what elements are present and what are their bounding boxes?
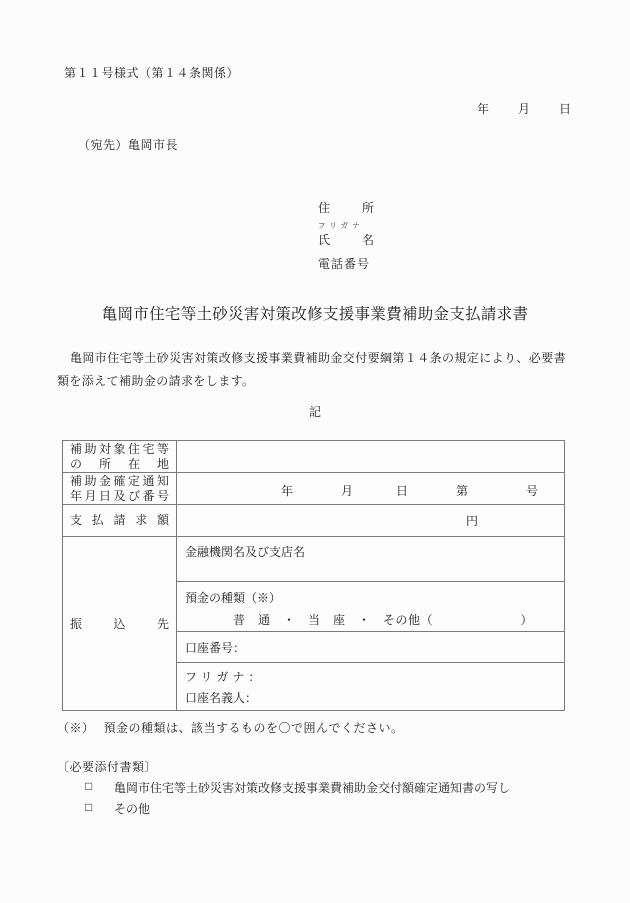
- note-asterisk-prefix: （※）: [57, 721, 95, 735]
- applicant-name-label: 氏名: [318, 231, 374, 248]
- date-line: 年 月 日: [477, 100, 571, 117]
- furigana-label: フリガナ: [318, 220, 364, 231]
- row-property-location-value: [176, 441, 565, 472]
- account-holder-label: 口座名義人：: [185, 688, 557, 709]
- document-title: 亀岡市住宅等土砂災害対策改修支援事業費補助金支払請求書: [0, 302, 630, 324]
- row-property-location-label: 補助対象住宅等 の所在地: [63, 441, 176, 472]
- request-details-table: 補助対象住宅等 の所在地 補助金確定通知 年月日及び番号 年 月 日 第 号 支…: [62, 440, 565, 711]
- deposit-type-label: 預金の種類（※）: [185, 587, 557, 609]
- account-holder-row: フリガナ： 口座名義人：: [176, 662, 565, 710]
- row-grant-notice-value: 年 月 日 第 号: [176, 472, 565, 504]
- attachment-item-label: 亀岡市住宅等土砂災害対策改修支援事業費補助金交付額確定通知書の写し: [114, 779, 510, 796]
- date-year-label: 年: [477, 100, 489, 117]
- applicant-address-label: 住所: [318, 199, 374, 216]
- notice-number-prefix-label: 第: [456, 482, 468, 499]
- notice-month-label: 月: [341, 482, 353, 499]
- row-grant-notice-label: 補助金確定通知 年月日及び番号: [63, 472, 176, 504]
- row-payment-amount-value: 円: [176, 504, 565, 536]
- row-payment-amount-label: 支払請求額: [63, 504, 176, 536]
- attachment-item-other: □ その他: [85, 800, 150, 817]
- date-month-label: 月: [518, 100, 530, 117]
- deposit-type-options: 普 通 ・ 当 座 ・ その他（ ）: [185, 609, 557, 631]
- bank-name-row: 金融機関名及び支店名: [176, 536, 565, 581]
- notice-number-suffix-label: 号: [526, 482, 538, 499]
- attachments-heading: 〔必要添付書類〕: [57, 758, 157, 775]
- form-number: 第１１号様式（第１４条関係）: [64, 64, 239, 81]
- deposit-type-note: （※）預金の種類は、該当するものを〇で囲んでください。: [57, 719, 404, 736]
- applicant-phone-label: 電話番号: [318, 255, 370, 272]
- addressee-line: （宛先）亀岡市長: [78, 136, 178, 153]
- notice-year-label: 年: [281, 482, 293, 499]
- attachment-item-label: その他: [114, 800, 150, 817]
- account-number-row: 口座番号：: [176, 631, 565, 662]
- checkbox-icon: □: [85, 779, 98, 796]
- checkbox-icon: □: [85, 800, 98, 817]
- attachment-item-notice-copy: □ 亀岡市住宅等土砂災害対策改修支援事業費補助金交付額確定通知書の写し: [85, 779, 510, 796]
- date-day-label: 日: [559, 100, 571, 117]
- account-furigana-label: フリガナ：: [185, 667, 557, 688]
- notice-day-label: 日: [396, 482, 408, 499]
- row-transfer-destination-label: 振込先: [63, 536, 176, 710]
- deposit-type-row: 預金の種類（※） 普 通 ・ 当 座 ・ その他（ ）: [176, 581, 565, 631]
- body-paragraph: 亀岡市住宅等土砂災害対策改修支援事業費補助金交付要綱第１４条の規定により、必要書…: [57, 347, 568, 393]
- ki-marker: 記: [0, 403, 630, 420]
- yen-unit-label: 円: [466, 512, 478, 529]
- document-page: 第１１号様式（第１４条関係） 年 月 日 （宛先）亀岡市長 住所 フリガナ 氏名…: [0, 0, 630, 903]
